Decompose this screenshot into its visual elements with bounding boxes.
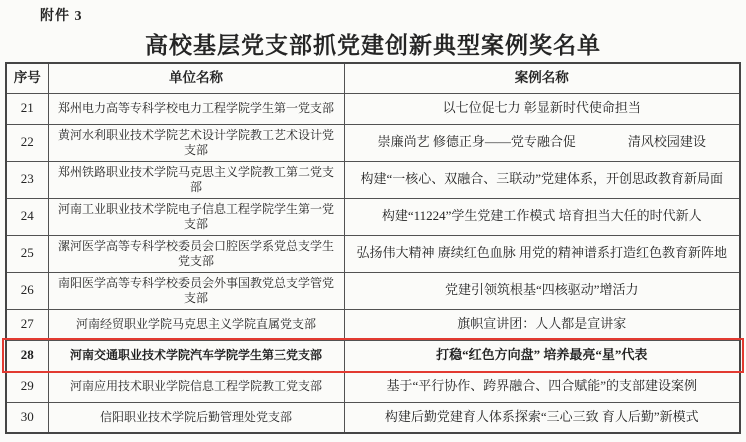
award-table: 序号 单位名称 案例名称 21郑州电力高等专科学校电力工程学院学生第一党支部以七… <box>5 62 741 434</box>
table-header-row: 序号 单位名称 案例名称 <box>6 63 740 93</box>
unit-name-cell: 郑州电力高等专科学校电力工程学院学生第一党支部 <box>48 93 344 124</box>
row-number: 28 <box>6 340 48 371</box>
table-row: 28河南交通职业技术学院汽车学院学生第三党支部打稳“红色方向盘” 培养最亮“星”… <box>6 340 740 371</box>
row-number: 27 <box>6 309 48 340</box>
row-number: 22 <box>6 124 48 161</box>
case-name-cell: 基于“平行协作、跨界融合、四合赋能”的支部建设案例 <box>344 371 740 402</box>
row-number: 21 <box>6 93 48 124</box>
unit-name-cell: 漯河医学高等专科学校委员会口腔医学系党总支学生党支部 <box>48 235 344 272</box>
unit-name-cell: 河南交通职业技术学院汽车学院学生第三党支部 <box>48 340 344 371</box>
table-row: 30信阳职业技术学院后勤管理处党支部构建后勤党建育人体系探索“三心三致 育人后勤… <box>6 402 740 433</box>
case-name-cell: 党建引领筑根基“四核驱动”增活力 <box>344 272 740 309</box>
attachment-label: 附件 3 <box>40 5 83 25</box>
case-name-cell: 弘扬伟大精神 赓续红色血脉 用党的精神谱系打造红色教育新阵地 <box>344 235 740 272</box>
table-row: 27河南经贸职业学院马克思主义学院直属党支部旗帜宣讲团：人人都是宣讲家 <box>6 309 740 340</box>
row-number: 26 <box>6 272 48 309</box>
header-case-name: 案例名称 <box>344 63 740 93</box>
unit-name-cell: 南阳医学高等专科学校委员会外事国教党总支学管党支部 <box>48 272 344 309</box>
header-unit-name: 单位名称 <box>48 63 344 93</box>
unit-name-cell: 信阳职业技术学院后勤管理处党支部 <box>48 402 344 433</box>
row-number: 25 <box>6 235 48 272</box>
table-body: 21郑州电力高等专科学校电力工程学院学生第一党支部以七位促七力 彰显新时代使命担… <box>6 93 740 433</box>
table-row: 24河南工业职业技术学院电子信息工程学院学生第一党支部构建“11224”学生党建… <box>6 198 740 235</box>
case-name-cell: 以七位促七力 彰显新时代使命担当 <box>344 93 740 124</box>
unit-name-cell: 河南经贸职业学院马克思主义学院直属党支部 <box>48 309 344 340</box>
case-name-cell: 打稳“红色方向盘” 培养最亮“星”代表 <box>344 340 740 371</box>
header-index: 序号 <box>6 63 48 93</box>
page-title: 高校基层党支部抓党建创新典型案例奖名单 <box>0 27 746 60</box>
table-row: 26南阳医学高等专科学校委员会外事国教党总支学管党支部党建引领筑根基“四核驱动”… <box>6 272 740 309</box>
row-number: 24 <box>6 198 48 235</box>
unit-name-cell: 河南应用技术职业学院信息工程学院教工党支部 <box>48 371 344 402</box>
table-row: 23郑州铁路职业技术学院马克思主义学院教工第二党支部构建“一核心、双融合、三联动… <box>6 161 740 198</box>
row-number: 23 <box>6 161 48 198</box>
table-row: 25漯河医学高等专科学校委员会口腔医学系党总支学生党支部弘扬伟大精神 赓续红色血… <box>6 235 740 272</box>
unit-name-cell: 河南工业职业技术学院电子信息工程学院学生第一党支部 <box>48 198 344 235</box>
case-name-cell: 构建“一核心、双融合、三联动”党建体系，开创思政教育新局面 <box>344 161 740 198</box>
row-number: 29 <box>6 371 48 402</box>
case-name-cell: 构建后勤党建育人体系探索“三心三致 育人后勤”新模式 <box>344 402 740 433</box>
case-name-cell: 构建“11224”学生党建工作模式 培育担当大任的时代新人 <box>344 198 740 235</box>
table-row: 21郑州电力高等专科学校电力工程学院学生第一党支部以七位促七力 彰显新时代使命担… <box>6 93 740 124</box>
case-name-cell: 旗帜宣讲团：人人都是宣讲家 <box>344 309 740 340</box>
unit-name-cell: 黄河水利职业技术学院艺术设计学院教工艺术设计党支部 <box>48 124 344 161</box>
table-row: 22黄河水利职业技术学院艺术设计学院教工艺术设计党支部崇廉尚艺 修德正身——党专… <box>6 124 740 161</box>
case-name-cell: 崇廉尚艺 修德正身——党专融合促 清风校园建设 <box>344 124 740 161</box>
table-row: 29河南应用技术职业学院信息工程学院教工党支部基于“平行协作、跨界融合、四合赋能… <box>6 371 740 402</box>
row-number: 30 <box>6 402 48 433</box>
unit-name-cell: 郑州铁路职业技术学院马克思主义学院教工第二党支部 <box>48 161 344 198</box>
